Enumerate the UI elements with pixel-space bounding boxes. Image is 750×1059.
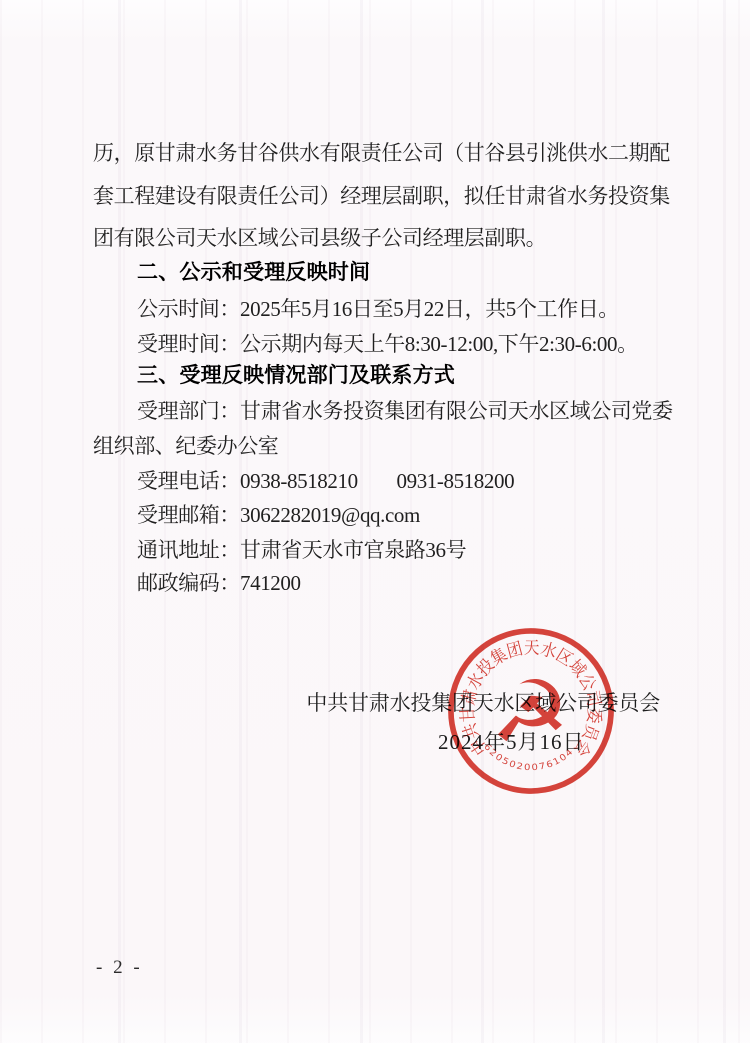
section-heading-3: 三、受理反映情况部门及联系方式: [137, 362, 737, 389]
phone-line: 受理电话：0938-8518210 0931-8518200: [137, 468, 737, 495]
official-seal-graphic: 中共甘肃水投集团天水区域公司委员会 ☭ 6205020076104: [440, 620, 623, 803]
scan-edge: [0, 1043, 750, 1059]
official-seal: 中共甘肃水投集团天水区域公司委员会 ☭ 6205020076104: [440, 620, 623, 803]
department-line: 受理部门：甘肃省水务投资集团有限公司天水区域公司党委: [137, 398, 737, 425]
section-heading-2: 二、公示和受理反映时间: [137, 259, 737, 286]
paragraph-line: 团有限公司天水区域公司县级子公司经理层副职。: [93, 225, 693, 252]
email-line: 受理邮箱：3062282019@qq.com: [137, 502, 737, 529]
postcode-line: 邮政编码：741200: [137, 570, 737, 597]
publicity-time-line: 公示时间：2025年5月16日至5月22日，共5个工作日。: [137, 296, 737, 323]
department-line-2: 组织部、纪委办公室: [93, 433, 693, 460]
page-number: - 2 -: [96, 957, 143, 979]
document-page: 历，原甘肃水务甘谷供水有限责任公司（甘谷县引洮供水二期配 套工程建设有限责任公司…: [0, 0, 750, 1059]
address-line: 通讯地址：甘肃省天水市官泉路36号: [137, 537, 737, 564]
paragraph-line: 套工程建设有限责任公司）经理层副职，拟任甘肃省水务投资集: [93, 183, 693, 210]
acceptance-time-line: 受理时间：公示期内每天上午8:30-12:00,下午2:30-6:00。: [137, 331, 737, 358]
hammer-sickle-icon: ☭: [489, 659, 572, 765]
paragraph-line: 历，原甘肃水务甘谷供水有限责任公司（甘谷县引洮供水二期配: [93, 140, 693, 167]
